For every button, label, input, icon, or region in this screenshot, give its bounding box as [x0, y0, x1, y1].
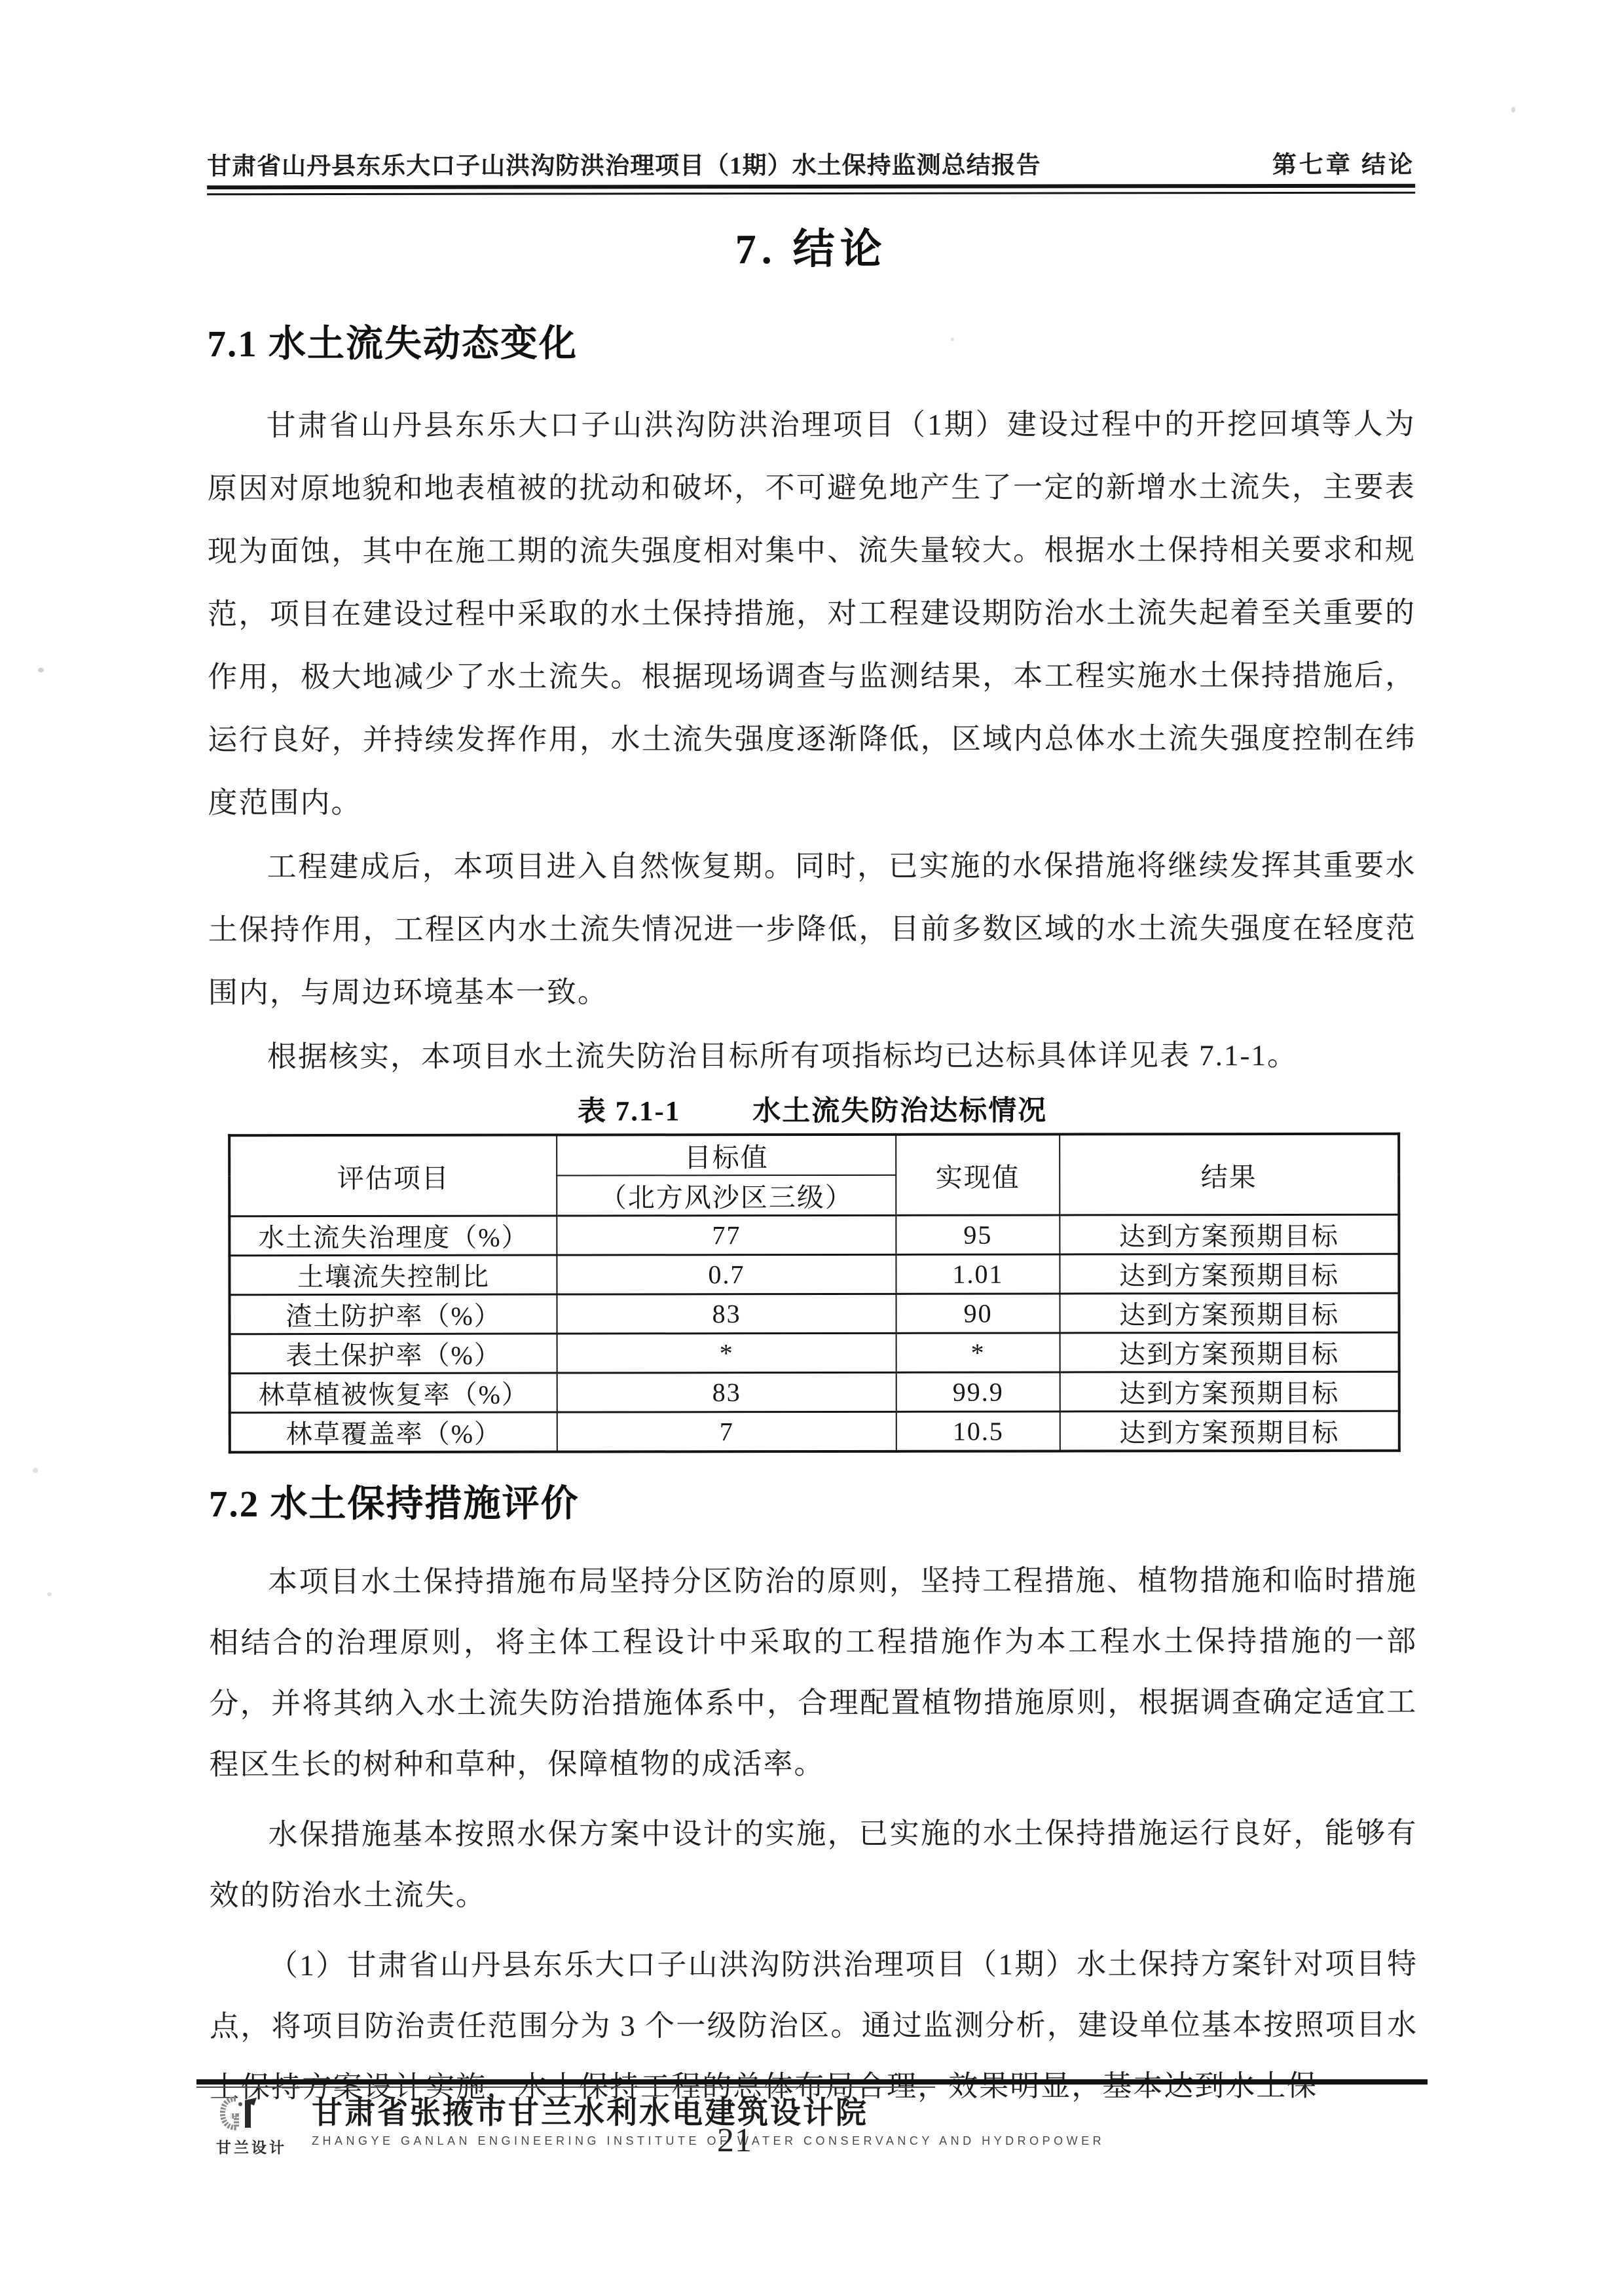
- table-caption: 表 7.1-1水土流失防治达标情况: [208, 1095, 1416, 1129]
- institute-logo-icon: [219, 2095, 261, 2132]
- paragraph: 工程建成后，本项目进入自然恢复期。同时，已实施的水保措施将继续发挥其重要水土保持…: [208, 834, 1416, 1025]
- running-header-title: 甘肃省山丹县东乐大口子山洪沟防洪治理项目（1期）水土保持监测总结报告: [207, 145, 1041, 182]
- col-header-item: 评估项目: [229, 1135, 557, 1216]
- logo-caption: 甘兰设计: [216, 2136, 295, 2157]
- section-heading-7-2: 7.2 水土保持措施评价: [209, 1482, 1417, 1526]
- table-row: 渣土防护率（%） 83 90 达到方案预期目标: [230, 1293, 1399, 1334]
- cell-actual: *: [896, 1333, 1060, 1372]
- table-row: 林草植被恢复率（%） 83 99.9 达到方案预期目标: [230, 1372, 1399, 1412]
- compliance-table: 评估项目 目标值 实现值 结果 （北方风沙区三级） 水土流失治理度（%） 77 …: [228, 1133, 1401, 1453]
- table-row: 表土保护率（%） * * 达到方案预期目标: [230, 1332, 1399, 1373]
- cell-item: 林草覆盖率（%）: [230, 1412, 557, 1452]
- running-header: 甘肃省山丹县东乐大口子山洪沟防洪治理项目（1期）水土保持监测总结报告 第七章 结…: [207, 145, 1415, 182]
- scan-speck: [951, 338, 954, 341]
- cell-result: 达到方案预期目标: [1060, 1411, 1399, 1451]
- cell-result: 达到方案预期目标: [1060, 1214, 1399, 1254]
- footer: 甘兰设计 甘肃省张掖市甘兰水利水电建筑设计院 ZHANGYE GANLAN EN…: [216, 2095, 1105, 2157]
- cell-result: 达到方案预期目标: [1060, 1372, 1399, 1412]
- cell-result: 达到方案预期目标: [1060, 1293, 1399, 1333]
- table-row: 水土流失治理度（%） 77 95 达到方案预期目标: [229, 1214, 1399, 1255]
- scan-speck: [47, 1592, 52, 1596]
- col-header-target-sub: （北方风沙区三级）: [557, 1175, 896, 1216]
- chapter-title: 7. 结论: [207, 224, 1415, 276]
- cell-target: 0.7: [557, 1254, 896, 1294]
- table-row: 土壤流失控制比 0.7 1.01 达到方案预期目标: [229, 1254, 1399, 1294]
- scan-speck: [38, 668, 44, 672]
- col-header-result: 结果: [1060, 1134, 1399, 1215]
- col-header-actual: 实现值: [896, 1134, 1060, 1215]
- table-row: 林草覆盖率（%） 7 10.5 达到方案预期目标: [230, 1411, 1399, 1452]
- document-page: 甘肃省山丹县东乐大口子山洪沟防洪治理项目（1期）水土保持监测总结报告 第七章 结…: [0, 0, 1624, 2296]
- scan-speck: [1511, 107, 1515, 113]
- paragraph: 水保措施基本按照水保方案中设计的实施，已实施的水土保持措施运行良好，能够有效的防…: [210, 1803, 1418, 1927]
- cell-actual: 90: [896, 1294, 1060, 1333]
- paragraph: 根据核实，本项目水土流失防治目标所有项指标均已达标具体详见表 7.1-1。: [208, 1024, 1416, 1089]
- col-header-target: 目标值: [557, 1135, 896, 1176]
- cell-actual: 10.5: [896, 1412, 1060, 1451]
- table-caption-title: 水土流失防治达标情况: [752, 1095, 1047, 1127]
- paragraph: （1）甘肃省山丹县东乐大口子山洪沟防洪治理项目（1期）水土保持方案针对项目特点，…: [210, 1934, 1418, 2119]
- institute-name: 甘肃省张掖市甘兰水利水电建筑设计院: [312, 2095, 1105, 2132]
- table-caption-label: 表 7.1-1: [578, 1096, 680, 1127]
- cell-item: 林草植被恢复率（%）: [230, 1373, 557, 1413]
- cell-target: 7: [557, 1412, 896, 1451]
- paragraph: 甘肃省山丹县东乐大口子山洪沟防洪治理项目（1期）建设过程中的开挖回填等人为原因对…: [208, 393, 1416, 835]
- cell-item: 土壤流失控制比: [229, 1255, 557, 1295]
- cell-actual: 99.9: [896, 1372, 1060, 1412]
- cell-item: 渣土防护率（%）: [230, 1294, 557, 1334]
- header-rule-thick: [207, 184, 1415, 190]
- header-rule-thin: [207, 192, 1415, 196]
- paragraph: 本项目水土保持措施布局坚持分区防治的原则，坚持工程措施、植物措施和临时措施相结合…: [209, 1550, 1418, 1796]
- table-header-row: 评估项目 目标值 实现值 结果: [229, 1134, 1399, 1176]
- cell-target: 77: [557, 1215, 896, 1255]
- cell-item: 水土流失治理度（%）: [229, 1216, 557, 1256]
- cell-item: 表土保护率（%）: [230, 1334, 557, 1374]
- page-number: 21: [717, 2121, 752, 2160]
- scan-speck: [33, 1468, 38, 1473]
- cell-actual: 95: [896, 1215, 1060, 1254]
- cell-target: 83: [557, 1372, 896, 1412]
- cell-target: 83: [557, 1294, 896, 1334]
- footer-rule: [196, 2079, 1428, 2085]
- cell-result: 达到方案预期目标: [1060, 1254, 1399, 1294]
- section-heading-7-1: 7.1 水土流失动态变化: [207, 322, 1415, 366]
- running-header-chapter: 第七章 结论: [1272, 145, 1415, 180]
- cell-actual: 1.01: [896, 1254, 1060, 1294]
- cell-result: 达到方案预期目标: [1060, 1332, 1399, 1372]
- cell-target: *: [557, 1333, 896, 1373]
- institute-name-en: ZHANGYE GANLAN ENGINEERING INSTITUTE OF …: [312, 2134, 1105, 2148]
